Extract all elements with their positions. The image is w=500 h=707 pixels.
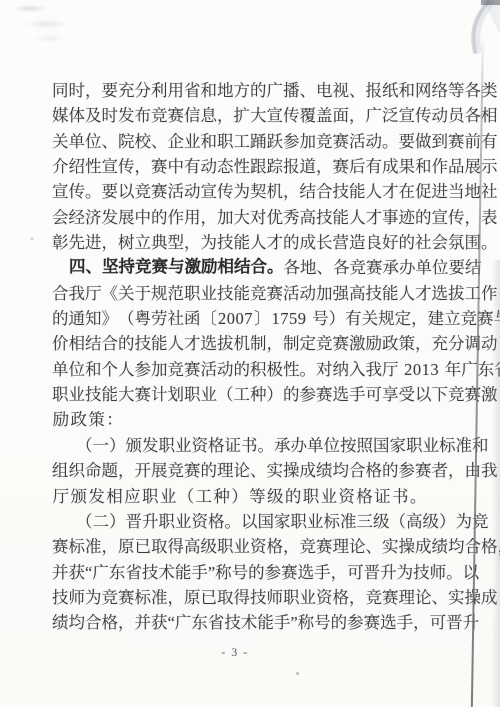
body-char: 国 xyxy=(258,509,275,534)
body-char: 一 xyxy=(93,433,110,458)
body-char: 视 xyxy=(333,78,350,103)
body-char: 绩 xyxy=(316,458,333,483)
corner-smudge xyxy=(16,17,78,31)
text-line: 价相结合的技能人才选拔机制，制定竞赛激励政策，充分调动 xyxy=(52,331,445,356)
body-char: 播 xyxy=(283,78,300,103)
body-char: 才 xyxy=(366,205,383,230)
body-char: 高 xyxy=(184,534,201,559)
heading-char: 结 xyxy=(234,255,251,280)
body-char: 厅 xyxy=(52,484,70,509)
body-char: 广 xyxy=(366,103,383,128)
body-char: 手 xyxy=(349,382,366,407)
body-char: 进 xyxy=(432,179,449,204)
body-char: 并 xyxy=(52,560,69,585)
body-char: 表 xyxy=(481,205,498,230)
body-char: 态 xyxy=(217,154,234,179)
body-char: 、 xyxy=(250,458,267,483)
body-char: 地 xyxy=(217,78,234,103)
dust-speck xyxy=(296,672,299,675)
body-char: 企 xyxy=(168,129,185,154)
body-char: ， xyxy=(102,230,119,255)
body-char: 的 xyxy=(382,458,399,483)
body-char: 承 xyxy=(383,255,400,280)
body-char: 享 xyxy=(382,382,399,407)
body-char: 由 xyxy=(465,458,482,483)
body-char: 各 xyxy=(465,78,482,103)
body-char: 》 xyxy=(102,306,119,331)
body-char: 职 xyxy=(291,509,308,534)
body-char: 。 xyxy=(446,560,463,585)
body-char: 展 xyxy=(151,458,168,483)
body-char: 的 xyxy=(331,610,348,635)
body-char: 、 xyxy=(300,78,317,103)
body-char: 〔 xyxy=(201,306,218,331)
body-char: ， xyxy=(411,306,428,331)
body-char: 参 xyxy=(399,458,416,483)
body-char: 机 xyxy=(267,179,284,204)
body-char: 职 xyxy=(141,484,159,509)
body-char: 工 xyxy=(195,484,213,509)
body-char: 息 xyxy=(201,103,218,128)
body-char: 入 xyxy=(349,357,366,382)
body-char: 技 xyxy=(333,179,350,204)
body-char: 经 xyxy=(69,205,86,230)
body-char: 激 xyxy=(349,331,366,356)
body-char: 省 xyxy=(184,78,201,103)
body-char: 各 xyxy=(284,255,301,280)
body-char: 中 xyxy=(168,154,185,179)
body-char: ， xyxy=(415,331,432,356)
body-char: 手 xyxy=(191,560,208,585)
body-char: 营 xyxy=(333,230,350,255)
text-line: 技师为竞赛标准，原已取得技师职业资格，竞赛理论、实操成 xyxy=(52,585,445,610)
body-char: ， xyxy=(201,205,218,230)
body-char: 〕 xyxy=(254,306,271,331)
body-char: 和 xyxy=(399,78,416,103)
body-char: 动 xyxy=(201,154,218,179)
body-char: 等 xyxy=(448,78,465,103)
body-char: 能 xyxy=(102,382,119,407)
body-char: 、 xyxy=(102,129,119,154)
body-char: 二 xyxy=(93,509,110,534)
body-char: 覆 xyxy=(300,103,317,128)
body-char: 前 xyxy=(465,129,482,154)
body-char: 机 xyxy=(234,331,251,356)
body-char: 社 xyxy=(168,306,185,331)
body-char: 广 xyxy=(267,78,284,103)
body-char: 能 xyxy=(349,179,366,204)
body-char: 动 xyxy=(300,281,317,306)
body-char: 。 xyxy=(225,509,242,534)
body-char: 按 xyxy=(340,433,357,458)
body-char: 赛 xyxy=(316,382,333,407)
body-char: ， xyxy=(135,154,152,179)
body-char: 得 xyxy=(234,585,251,610)
body-char: 职 xyxy=(283,585,300,610)
body-char: 规 xyxy=(151,281,168,306)
body-char: 格 xyxy=(356,484,374,509)
body-char: 的 xyxy=(234,357,251,382)
body-char: 标 xyxy=(69,534,86,559)
body-char: 格 xyxy=(267,534,284,559)
body-char: 的 xyxy=(52,306,69,331)
body-char: 术 xyxy=(241,610,258,635)
body-char: 报 xyxy=(283,154,300,179)
body-char: 以 xyxy=(415,382,432,407)
body-char: 各 xyxy=(333,255,350,280)
body-char: 性 xyxy=(234,154,251,179)
body-char: 为 xyxy=(397,560,414,585)
body-char: 职 xyxy=(217,129,234,154)
body-char: 晋 xyxy=(446,610,463,635)
body-char: 人 xyxy=(399,281,416,306)
body-char: 书 xyxy=(241,433,258,458)
body-char: 单 xyxy=(416,255,433,280)
body-char: 计 xyxy=(151,382,168,407)
body-char: 用 xyxy=(168,78,185,103)
body-char: 促 xyxy=(415,179,432,204)
body-char: 加 xyxy=(217,205,234,230)
body-char: 2013 xyxy=(399,357,445,382)
body-char: 知 xyxy=(85,306,102,331)
body-char: 证 xyxy=(373,484,391,509)
body-char: ， xyxy=(85,78,102,103)
body-char: 事 xyxy=(382,205,399,230)
body-char: 扩 xyxy=(234,103,251,128)
body-char: 策 xyxy=(399,331,416,356)
body-char: 价 xyxy=(52,331,69,356)
body-char: 家 xyxy=(274,509,291,534)
body-char: 理 xyxy=(399,585,416,610)
body-char: 在 xyxy=(399,179,416,204)
body-char: ， xyxy=(267,331,284,356)
body-char: 充 xyxy=(432,331,449,356)
body-char: 业 xyxy=(300,585,317,610)
body-char: 准 xyxy=(151,585,168,610)
text-line: 彰先进，树立典型，为技能人才的成长营造良好的社会氛围。 xyxy=(52,230,445,255)
body-char: 赛 xyxy=(118,585,135,610)
body-char: 能 xyxy=(257,610,274,635)
body-char: 发 xyxy=(142,433,159,458)
body-char: 先 xyxy=(69,230,86,255)
body-char: 及 xyxy=(85,103,102,128)
body-char: 工 xyxy=(234,382,251,407)
body-char: 踊 xyxy=(250,129,267,154)
body-char: 广 xyxy=(461,357,478,382)
body-char: 业 xyxy=(234,534,251,559)
body-char: 我 xyxy=(69,281,86,306)
body-char: 晋 xyxy=(364,560,381,585)
body-char: 传 xyxy=(118,154,135,179)
text-line-heading: 四、坚持竞赛与激励相结合。各地、各竞赛承办单位要结 xyxy=(52,255,445,280)
body-char: 要 xyxy=(102,179,119,204)
heading-char: 与 xyxy=(168,255,185,280)
body-char: 、 xyxy=(151,129,168,154)
body-char: 的 xyxy=(201,458,218,483)
body-char: 号 xyxy=(232,560,249,585)
body-char: 和 xyxy=(201,78,218,103)
body-char: 能 xyxy=(175,560,192,585)
body-char: 职 xyxy=(159,509,176,534)
body-char: 标 xyxy=(439,433,456,458)
text-line: （一）颁发职业资格证书。承办单位按照国家职业标准和 xyxy=(52,433,445,458)
body-char: 国 xyxy=(373,433,390,458)
body-char: 竞 xyxy=(350,255,367,280)
body-char: 规 xyxy=(378,306,395,331)
body-char: 单 xyxy=(52,357,69,382)
body-char: 对 xyxy=(316,357,333,382)
body-char: ） xyxy=(329,306,346,331)
body-char: 相 xyxy=(69,331,86,356)
body-char: 赛 xyxy=(135,382,152,407)
body-char: ， xyxy=(448,458,465,483)
body-char: 大 xyxy=(234,205,251,230)
body-char: 照 xyxy=(357,433,374,458)
body-char: 技 xyxy=(85,382,102,407)
body-char: 关 xyxy=(362,306,379,331)
body-char: 得 xyxy=(168,534,185,559)
body-char: 盖 xyxy=(316,103,333,128)
body-char: 业 xyxy=(175,509,192,534)
body-char: 职 xyxy=(406,433,423,458)
body-char: ， xyxy=(118,610,135,635)
body-char: 赛 xyxy=(366,255,383,280)
heading-char: 、 xyxy=(86,255,103,280)
body-char: 政 xyxy=(382,331,399,356)
body-char: 劳 xyxy=(151,306,168,331)
body-char: 合 xyxy=(102,331,119,356)
text-line: 绩均合格，并获“广东省技术能手”称号的参赛选手，可晋升 xyxy=(52,610,445,635)
body-char: 通 xyxy=(69,306,86,331)
body-char: 面 xyxy=(333,103,350,128)
body-char: 长 xyxy=(316,230,333,255)
body-char: 要 xyxy=(102,78,119,103)
body-char: 活 xyxy=(349,129,366,154)
body-char: 动 xyxy=(366,129,383,154)
body-char: 下 xyxy=(432,382,449,407)
body-char: 合 xyxy=(52,281,69,306)
body-char: 能 xyxy=(333,205,350,230)
body-char: 级 xyxy=(201,534,218,559)
body-char: 厅 xyxy=(85,281,102,306)
body-char: 称 xyxy=(298,610,315,635)
body-char: 赛 xyxy=(168,103,185,128)
body-char: 活 xyxy=(168,179,185,204)
body-char: 晋 xyxy=(126,509,143,534)
body-char: 赛 xyxy=(333,331,350,356)
body-char: 并 xyxy=(135,610,152,635)
body-char: 理 xyxy=(333,534,350,559)
body-char: 示 xyxy=(481,154,498,179)
body-char: 已 xyxy=(135,534,152,559)
body-char: 绍 xyxy=(69,154,86,179)
body-char: 均 xyxy=(333,458,350,483)
body-char: 称 xyxy=(215,560,232,585)
body-char: 分 xyxy=(135,78,152,103)
body-char: 《 xyxy=(102,281,119,306)
body-char: 资 xyxy=(192,433,209,458)
body-char: 赛 xyxy=(364,610,381,635)
body-char: 升 xyxy=(463,610,480,635)
body-char: （ xyxy=(76,433,93,458)
body-char: 。 xyxy=(382,129,399,154)
heading-char: 竞 xyxy=(135,255,152,280)
body-char: 宣 xyxy=(432,205,449,230)
body-char: 选 xyxy=(380,610,397,635)
text-block: 同时，要充分利用省和地方的广播、电视、报纸和网络等各类媒体及时发布竞赛信息，扩大… xyxy=(52,78,445,636)
body-char: 。 xyxy=(258,433,275,458)
body-char: 升 xyxy=(380,560,397,585)
body-char: ） xyxy=(439,509,456,534)
body-char: 动 xyxy=(432,103,449,128)
body-char: 要 xyxy=(449,255,466,280)
body-char: ， xyxy=(184,230,201,255)
body-char: 准 xyxy=(340,509,357,534)
text-line: （二）晋升职业资格。以国家职业标准三级（高级）为竞 xyxy=(52,509,445,534)
body-char: 位 xyxy=(324,433,341,458)
body-char: 合 xyxy=(85,610,102,635)
heading-char: 合 xyxy=(251,255,268,280)
body-char: 动 xyxy=(184,179,201,204)
body-char: 加 xyxy=(316,281,333,306)
body-char: 的 xyxy=(248,560,265,585)
body-char: 技 xyxy=(52,585,69,610)
body-char: 业 xyxy=(184,129,201,154)
body-char: 励 xyxy=(52,407,70,432)
text-line: 职业技能大赛计划职业（工种）的参赛选手可享受以下竞赛激 xyxy=(52,382,445,407)
body-char: 赛 xyxy=(184,458,201,483)
heading-char: 相 xyxy=(218,255,235,280)
body-char: 赛 xyxy=(382,585,399,610)
body-char: 操 xyxy=(399,534,416,559)
heading-char: 赛 xyxy=(152,255,169,280)
body-char: 的 xyxy=(415,205,432,230)
body-char: 的 xyxy=(118,331,135,356)
body-char: （ xyxy=(118,306,135,331)
body-char: 立 xyxy=(135,230,152,255)
body-char: 竞 xyxy=(316,129,333,154)
body-char: 格 xyxy=(102,610,119,635)
body-char: 发 xyxy=(102,205,119,230)
body-char: 赛 xyxy=(316,534,333,559)
body-char: 于 xyxy=(135,281,152,306)
body-char: 竞 xyxy=(461,306,478,331)
body-char: 合 xyxy=(349,458,366,483)
body-char: 布 xyxy=(135,103,152,128)
body-char: 、 xyxy=(317,255,334,280)
scanned-document-page: 同时，要充分利用省和地方的广播、电视、报纸和网络等各类媒体及时发布竞赛信息，扩大… xyxy=(0,0,500,707)
body-char: （ xyxy=(177,484,195,509)
body-char: 竞 xyxy=(102,585,119,610)
body-char: 才 xyxy=(382,179,399,204)
body-char: 广 xyxy=(175,610,192,635)
body-char: 职 xyxy=(52,382,69,407)
body-char: 好 xyxy=(382,230,399,255)
body-char: 职 xyxy=(302,484,320,509)
body-char: 赛 xyxy=(448,129,465,154)
body-char: 传 xyxy=(283,103,300,128)
body-char: 纳 xyxy=(333,357,350,382)
body-char: ， xyxy=(217,103,234,128)
body-char: 体 xyxy=(69,103,86,128)
body-char: 准 xyxy=(456,433,473,458)
body-char: 参 xyxy=(265,560,282,585)
body-char: 手 xyxy=(274,610,291,635)
body-char: 论 xyxy=(234,458,251,483)
body-char: 格 xyxy=(366,458,383,483)
corner-smudge xyxy=(6,3,54,14)
body-char: 论 xyxy=(349,534,366,559)
body-char: （ xyxy=(217,382,234,407)
body-char: 等 xyxy=(248,484,266,509)
body-char: 发 xyxy=(88,484,106,509)
body-char: 才 xyxy=(184,331,201,356)
body-char: 竞 xyxy=(135,179,152,204)
heading-char: 四 xyxy=(69,255,86,280)
body-char: ） xyxy=(231,484,249,509)
body-char: 技 xyxy=(142,560,159,585)
body-char: 标 xyxy=(135,585,152,610)
body-char: 跃 xyxy=(267,129,284,154)
text-line: 会经济发展中的作用，加大对优秀高技能人才事迹的宣传，表 xyxy=(52,205,445,230)
body-char: 做 xyxy=(415,129,432,154)
text-line: 介绍性宣传，赛中有动态性跟踪报道，赛后有成果和作品展示 xyxy=(52,154,445,179)
body-char: 的 xyxy=(283,382,300,407)
body-char: 活 xyxy=(283,281,300,306)
body-char: 型 xyxy=(168,230,185,255)
body-char: 资 xyxy=(338,484,356,509)
body-char: 后 xyxy=(349,154,366,179)
body-char: 手 xyxy=(397,610,414,635)
body-char: 位 xyxy=(85,129,102,154)
body-char: 、 xyxy=(432,585,449,610)
body-char: 关 xyxy=(52,129,69,154)
body-char: 应 xyxy=(123,484,141,509)
body-char: 加 xyxy=(300,129,317,154)
body-char: 论 xyxy=(415,585,432,610)
body-char: ， xyxy=(168,585,185,610)
body-char: 广 xyxy=(92,560,109,585)
body-char: 资 xyxy=(316,585,333,610)
body-char: 校 xyxy=(135,129,152,154)
body-char: ， xyxy=(283,534,300,559)
body-char: 技 xyxy=(135,331,152,356)
body-char: 命 xyxy=(85,458,102,483)
body-char: 实 xyxy=(267,458,284,483)
body-char: 要 xyxy=(399,129,416,154)
text-line: 关单位、院校、企业和职工踊跃参加竞赛活动。要做到赛前有 xyxy=(52,129,445,154)
body-char: 同 xyxy=(52,78,69,103)
body-char: 。 xyxy=(481,230,498,255)
body-char: 对 xyxy=(250,205,267,230)
body-char: ， xyxy=(283,179,300,204)
body-char: 获 xyxy=(151,610,168,635)
body-char: 能 xyxy=(234,281,251,306)
body-char: 业 xyxy=(69,382,86,407)
body-char: 积 xyxy=(250,357,267,382)
body-char: 可 xyxy=(430,610,447,635)
body-char: 为 xyxy=(85,585,102,610)
body-char: 竞 xyxy=(316,331,333,356)
body-char: 契 xyxy=(250,179,267,204)
body-char: 优 xyxy=(267,205,284,230)
body-char: 典 xyxy=(151,230,168,255)
body-char: 业 xyxy=(201,281,218,306)
body-char: 策 xyxy=(88,407,106,432)
body-char: 为 xyxy=(234,179,251,204)
body-char: 络 xyxy=(432,78,449,103)
body-char: 定 xyxy=(395,306,412,331)
